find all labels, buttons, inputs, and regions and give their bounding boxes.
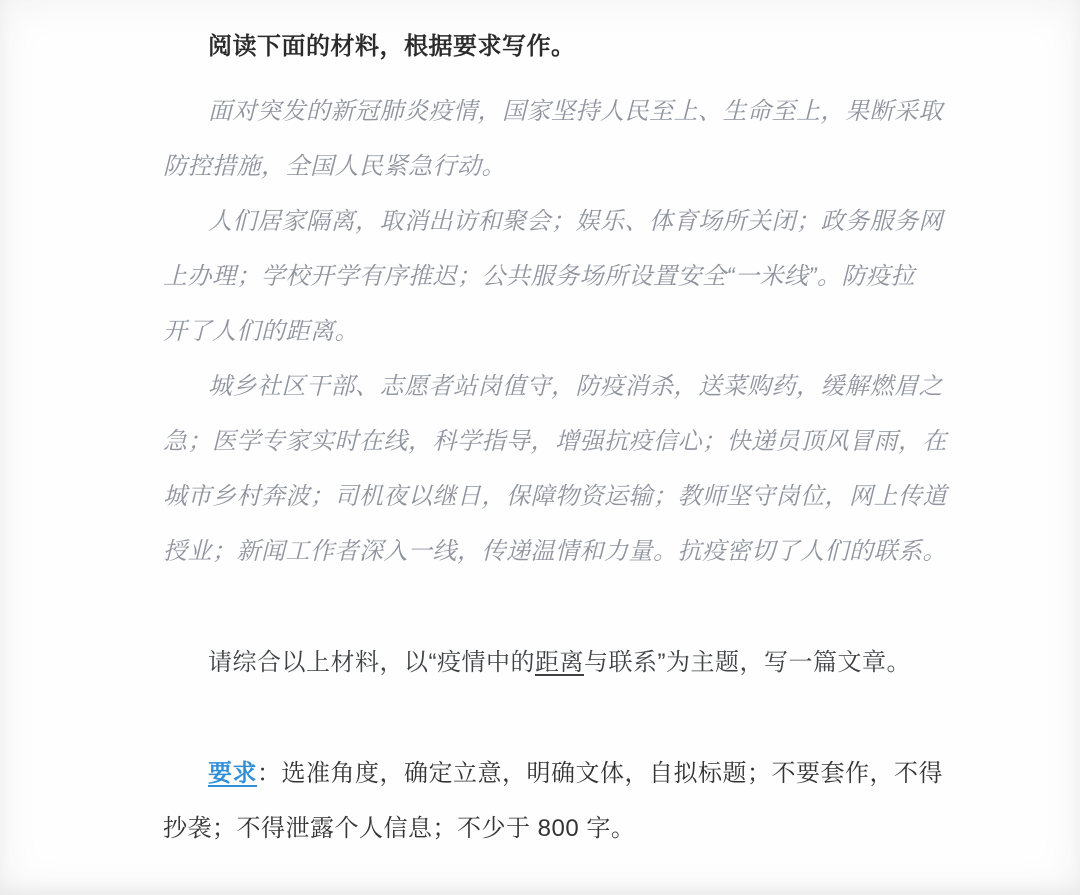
material-line: 上办理；学校开学有序推迟；公共服务场所设置安全“一米线”。防疫拉 <box>163 249 933 304</box>
document-page: 阅读下面的材料，根据要求写作。 面对突发的新冠肺炎疫情，国家坚持人民至上、生命至… <box>0 0 1080 895</box>
task-text-pre: 请综合以上材料，以“疫情中的 <box>208 649 535 676</box>
material-line: 授业；新闻工作者深入一线，传递温情和力量。抗疫密切了人们的联系。 <box>163 524 933 579</box>
requirements-section: 要求：选准角度，确定立意，明确文体，自拟标题；不要套作，不得 抄袭；不得泄露个人… <box>163 746 933 856</box>
material-line: 城市乡村奔波；司机夜以继日，保障物资运输；教师坚守岗位，网上传道 <box>163 469 933 524</box>
theme-distance-link[interactable]: 距离 <box>535 649 584 676</box>
material-line: 人们居家隔离，取消出访和聚会；娱乐、体育场所关闭；政务服务网 <box>163 194 933 249</box>
requirements-line1: 要求：选准角度，确定立意，明确文体，自拟标题；不要套作，不得 <box>163 746 933 801</box>
requirements-line2: 抄袭；不得泄露个人信息；不少于 800 字。 <box>163 801 933 856</box>
task-text-post: 与联系”为主题，写一篇文章。 <box>584 649 911 676</box>
task-sentence: 请综合以上材料，以“疫情中的距离与联系”为主题，写一篇文章。 <box>163 635 933 690</box>
material-section: 面对突发的新冠肺炎疫情，国家坚持人民至上、生命至上，果断采取 防控措施，全国人民… <box>163 84 933 579</box>
material-line: 开了人们的距离。 <box>163 304 933 359</box>
requirements-label-link[interactable]: 要求 <box>208 760 257 787</box>
material-line: 急；医学专家实时在线，科学指导，增强抗疫信心；快递员顶风冒雨，在 <box>163 414 933 469</box>
requirements-text: ：选准角度，确定立意，明确文体，自拟标题；不要套作，不得 <box>257 760 943 787</box>
prompt-title: 阅读下面的材料，根据要求写作。 <box>163 30 933 64</box>
material-line: 防控措施，全国人民紧急行动。 <box>163 139 933 194</box>
material-line: 面对突发的新冠肺炎疫情，国家坚持人民至上、生命至上，果断采取 <box>163 84 933 139</box>
material-line: 城乡社区干部、志愿者站岗值守，防疫消杀，送菜购药，缓解燃眉之 <box>163 359 933 414</box>
essay-prompt: 阅读下面的材料，根据要求写作。 面对突发的新冠肺炎疫情，国家坚持人民至上、生命至… <box>163 30 933 856</box>
